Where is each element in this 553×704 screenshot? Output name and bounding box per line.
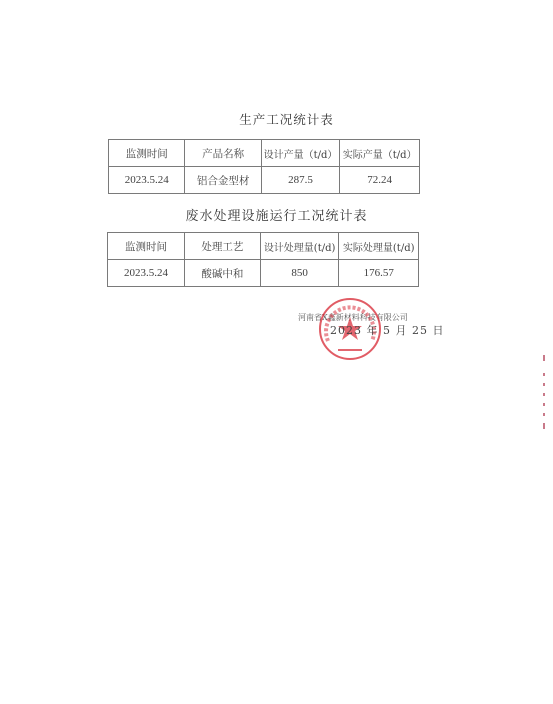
header-cell: 监测时间: [108, 233, 185, 260]
table-row: 2023.5.24 酸碱中和 850 176.57: [108, 260, 419, 287]
header-cell: 设计处理量(t/d): [260, 233, 339, 260]
production-table: 监测时间 产品名称 设计产量（t/d） 实际产量（t/d） 2023.5.24 …: [108, 139, 420, 194]
page-edge-marks: [543, 355, 547, 430]
header-cell: 处理工艺: [184, 233, 260, 260]
wastewater-table-title: 废水处理设施运行工况统计表: [0, 205, 553, 224]
header-cell: 监测时间: [109, 140, 185, 167]
product-name-cell: 铝合金型材: [185, 167, 261, 194]
actual-capacity-cell: 176.57: [339, 260, 419, 287]
table-header-row: 监测时间 产品名称 设计产量（t/d） 实际产量（t/d）: [109, 140, 420, 167]
signature-date: 2023 年 5 月 25 日: [330, 322, 444, 338]
table-header-row: 监测时间 处理工艺 设计处理量(t/d) 实际处理量(t/d): [108, 233, 419, 260]
monitor-date-cell: 2023.5.24: [108, 260, 185, 287]
header-cell: 实际产量（t/d）: [340, 140, 420, 167]
table-row: 2023.5.24 铝合金型材 287.5 72.24: [109, 167, 420, 194]
header-cell: 设计产量（t/d）: [261, 140, 340, 167]
header-cell: 产品名称: [185, 140, 261, 167]
actual-output-cell: 72.24: [340, 167, 420, 194]
design-capacity-cell: 850: [260, 260, 339, 287]
production-table-title: 生产工况统计表: [10, 110, 553, 128]
wastewater-table: 监测时间 处理工艺 设计处理量(t/d) 实际处理量(t/d) 2023.5.2…: [107, 232, 419, 287]
process-cell: 酸碱中和: [184, 260, 260, 287]
design-output-cell: 287.5: [261, 167, 340, 194]
monitor-date-cell: 2023.5.24: [109, 167, 185, 194]
header-cell: 实际处理量(t/d): [339, 233, 419, 260]
